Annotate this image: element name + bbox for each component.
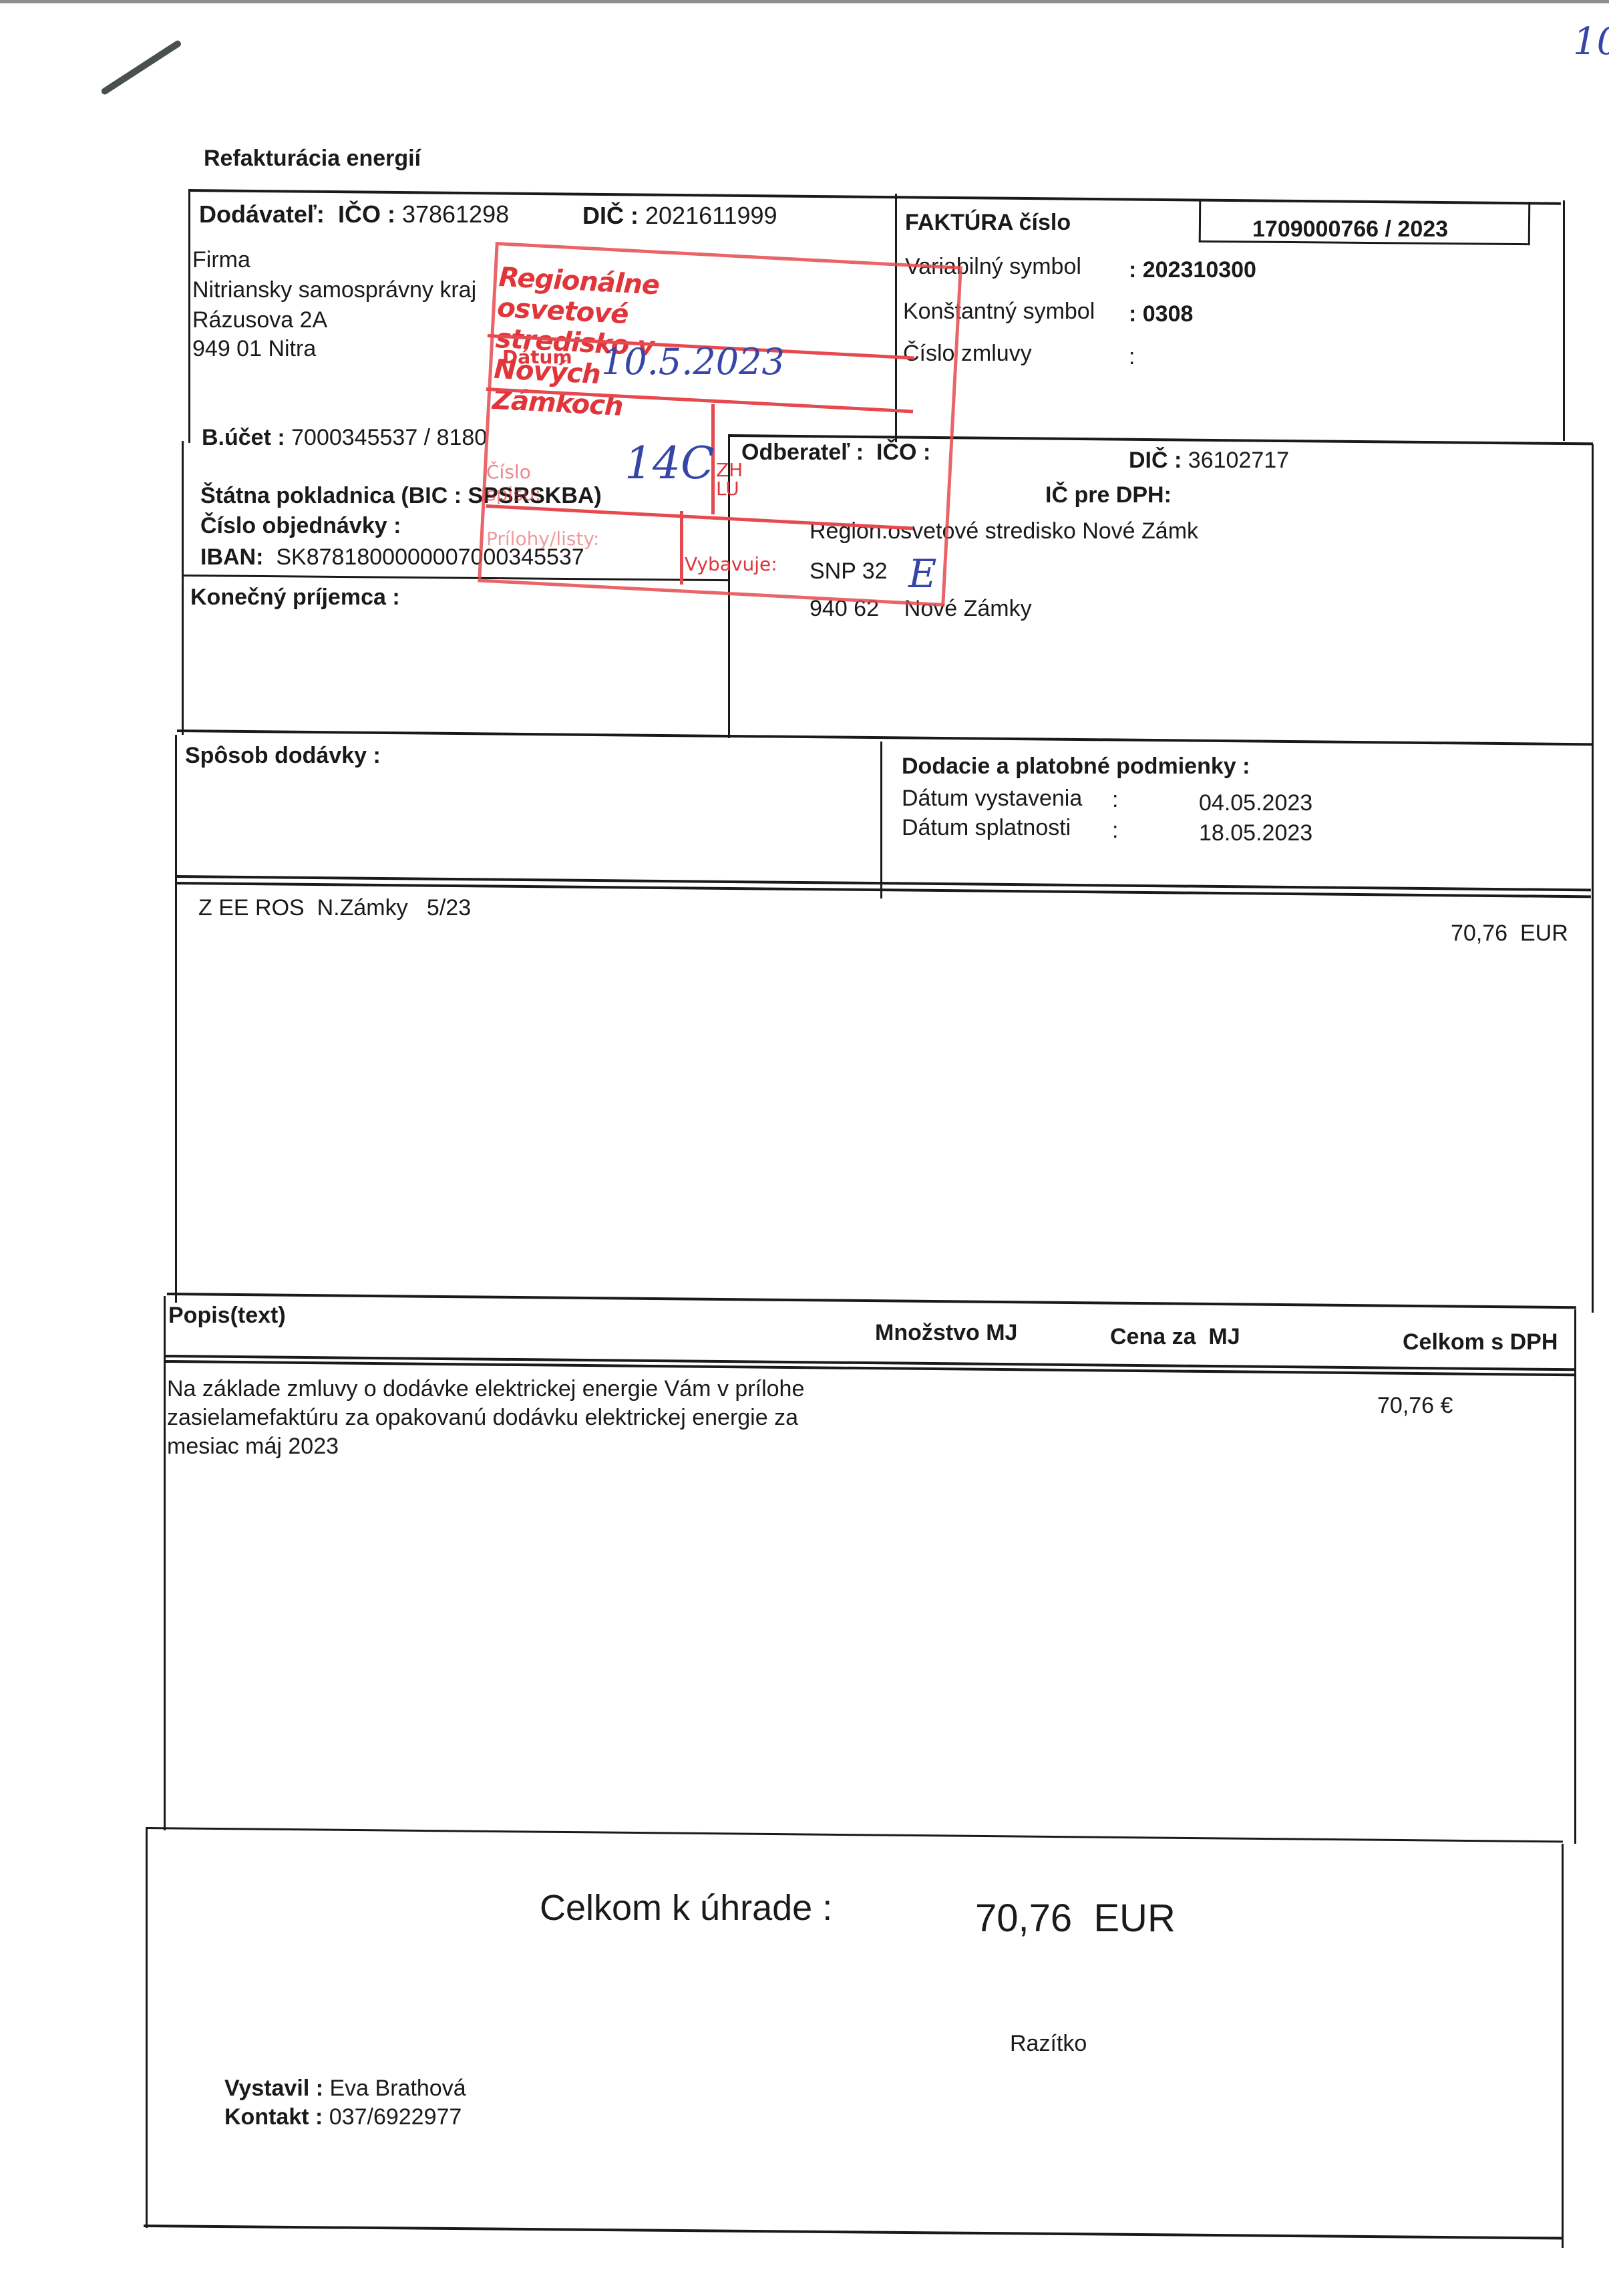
reference-amount: 70,76 EUR: [1451, 921, 1568, 947]
supplier-dic: DIČ : 2021611999: [582, 202, 777, 230]
invoice-number: 1709000766 / 2023: [1252, 216, 1448, 242]
row-description-line-1: Na základe zmluvy o dodávke elektrickej …: [167, 1376, 804, 1402]
frame-left-line-3: [175, 735, 177, 1303]
supplier-header: Dodávateľ: IČO : 37861298: [199, 200, 509, 228]
stamp-col-line-2: [680, 511, 683, 585]
scan-edge-line: [0, 0, 1609, 3]
customer-dic-value: 36102717: [1188, 448, 1289, 473]
customer-dic: DIČ : 36102717: [1129, 448, 1289, 474]
paper-clip-mark: [100, 39, 182, 96]
row-description-line-3: mesiac máj 2023: [167, 1434, 339, 1460]
due-date-label: Dátum splatnosti: [902, 815, 1071, 841]
issue-date-colon: :: [1112, 787, 1118, 813]
supplier-address-4: 949 01 Nitra: [192, 336, 316, 362]
frame-right-line-3: [1574, 1309, 1576, 1844]
reference-text: Z EE ROS N.Zámky 5/23: [198, 895, 471, 921]
due-date-colon: :: [1112, 818, 1118, 844]
delivery-method-label: Spôsob dodávky :: [185, 743, 381, 768]
supplier-dic-label: DIČ :: [582, 202, 639, 229]
total-amount: 70,76 EUR: [975, 1896, 1176, 1941]
column-header-description: Popis(text): [168, 1303, 286, 1329]
supplier-ico-label: IČO :: [338, 200, 395, 228]
stamp-file-number-label: Číslo spisu:: [486, 461, 541, 505]
stamp-handler-label: Vybavuje:: [685, 553, 777, 575]
bank-account: B.účet : 7000345537 / 8180: [202, 425, 487, 451]
issued-by-value: Eva Brathová: [330, 2076, 466, 2101]
variable-symbol: : 202310300: [1129, 257, 1256, 283]
row-total: 70,76 €: [1377, 1393, 1453, 1419]
supplier-address-2: Nitriansky samosprávny kraj: [192, 277, 476, 303]
frame-left-line-5: [146, 1827, 148, 2228]
supplier-ico: 37861298: [402, 200, 509, 228]
order-number: Číslo objednávky :: [200, 513, 401, 539]
invoice-label: FAKTÚRA číslo: [905, 210, 1071, 236]
final-recipient: Konečný príjemca :: [190, 585, 400, 611]
bank-account-label: B.účet :: [202, 425, 285, 450]
stamp-date-label: Dátum: [502, 346, 572, 368]
document-title: Refakturácia energií: [204, 146, 421, 172]
contract-number: :: [1129, 344, 1135, 370]
issue-date-label: Dátum vystavenia: [902, 786, 1082, 812]
due-date: 18.05.2023: [1199, 820, 1312, 846]
supplier-address-1: Firma: [192, 247, 250, 273]
stamp-date-handwritten: 10.5.2023: [601, 341, 785, 383]
handwritten-page-number: 10: [1573, 20, 1609, 63]
issue-date: 04.05.2023: [1199, 790, 1312, 816]
customer-vat-id-label: IČ pre DPH:: [1045, 482, 1172, 508]
customer-vat-id: IČ pre DPH:: [1045, 482, 1172, 508]
frame-left-line-2: [182, 441, 184, 735]
frame-left-line-4: [164, 1296, 166, 1830]
contact-label: Kontakt :: [224, 2104, 323, 2130]
contact: Kontakt : 037/6922977: [224, 2104, 462, 2130]
stamp-attachments-label: Prílohy/listy:: [486, 528, 599, 550]
iban-label: IBAN:: [200, 544, 263, 570]
stamp-file-number-handwritten: 14C: [624, 438, 714, 489]
row-description-line-2: zasielamefaktúru za opakovanú dodávku el…: [167, 1405, 798, 1431]
supplier-dic-value: 2021611999: [645, 202, 777, 229]
contact-value: 037/6922977: [329, 2104, 462, 2130]
issued-by-label: Vystavil :: [224, 2076, 323, 2101]
stamp-handler-handwritten: E: [908, 551, 936, 597]
column-header-quantity: Množstvo MJ: [875, 1320, 1017, 1346]
constant-symbol: : 0308: [1129, 301, 1193, 327]
column-header-total: Celkom s DPH: [1403, 1329, 1558, 1355]
bank-account-value: 7000345537 / 8180: [291, 425, 487, 450]
frame-right-line-2: [1592, 444, 1594, 1313]
supplier-label: Dodávateľ:: [199, 200, 325, 228]
stamp-area-label: Razítko: [1010, 2031, 1087, 2057]
stamp-side-label: ZH LU: [716, 461, 732, 498]
customer-dic-label: DIČ :: [1129, 448, 1182, 473]
delivery-terms-label: Dodacie a platobné podmienky :: [902, 754, 1250, 780]
frame-right-line-4: [1562, 1844, 1564, 2248]
delivery-method: Spôsob dodávky :: [185, 743, 381, 769]
final-recipient-label: Konečný príjemca :: [190, 585, 400, 610]
total-label: Celkom k úhrade :: [540, 1887, 832, 1929]
table-header-top-line: [167, 1293, 1576, 1309]
supplier-address-3: Rázusova 2A: [192, 307, 327, 333]
issued-by: Vystavil : Eva Brathová: [224, 2076, 466, 2102]
order-number-label: Číslo objednávky :: [200, 513, 401, 538]
delivery-top-line: [177, 729, 1593, 746]
frame-right-line-1: [1563, 200, 1565, 441]
delivery-divider: [880, 742, 882, 898]
totals-top-line: [147, 1827, 1563, 1842]
column-header-unit-price: Cena za MJ: [1110, 1324, 1240, 1350]
frame-left-line-1: [188, 189, 190, 443]
frame-bottom-line: [144, 2225, 1563, 2240]
